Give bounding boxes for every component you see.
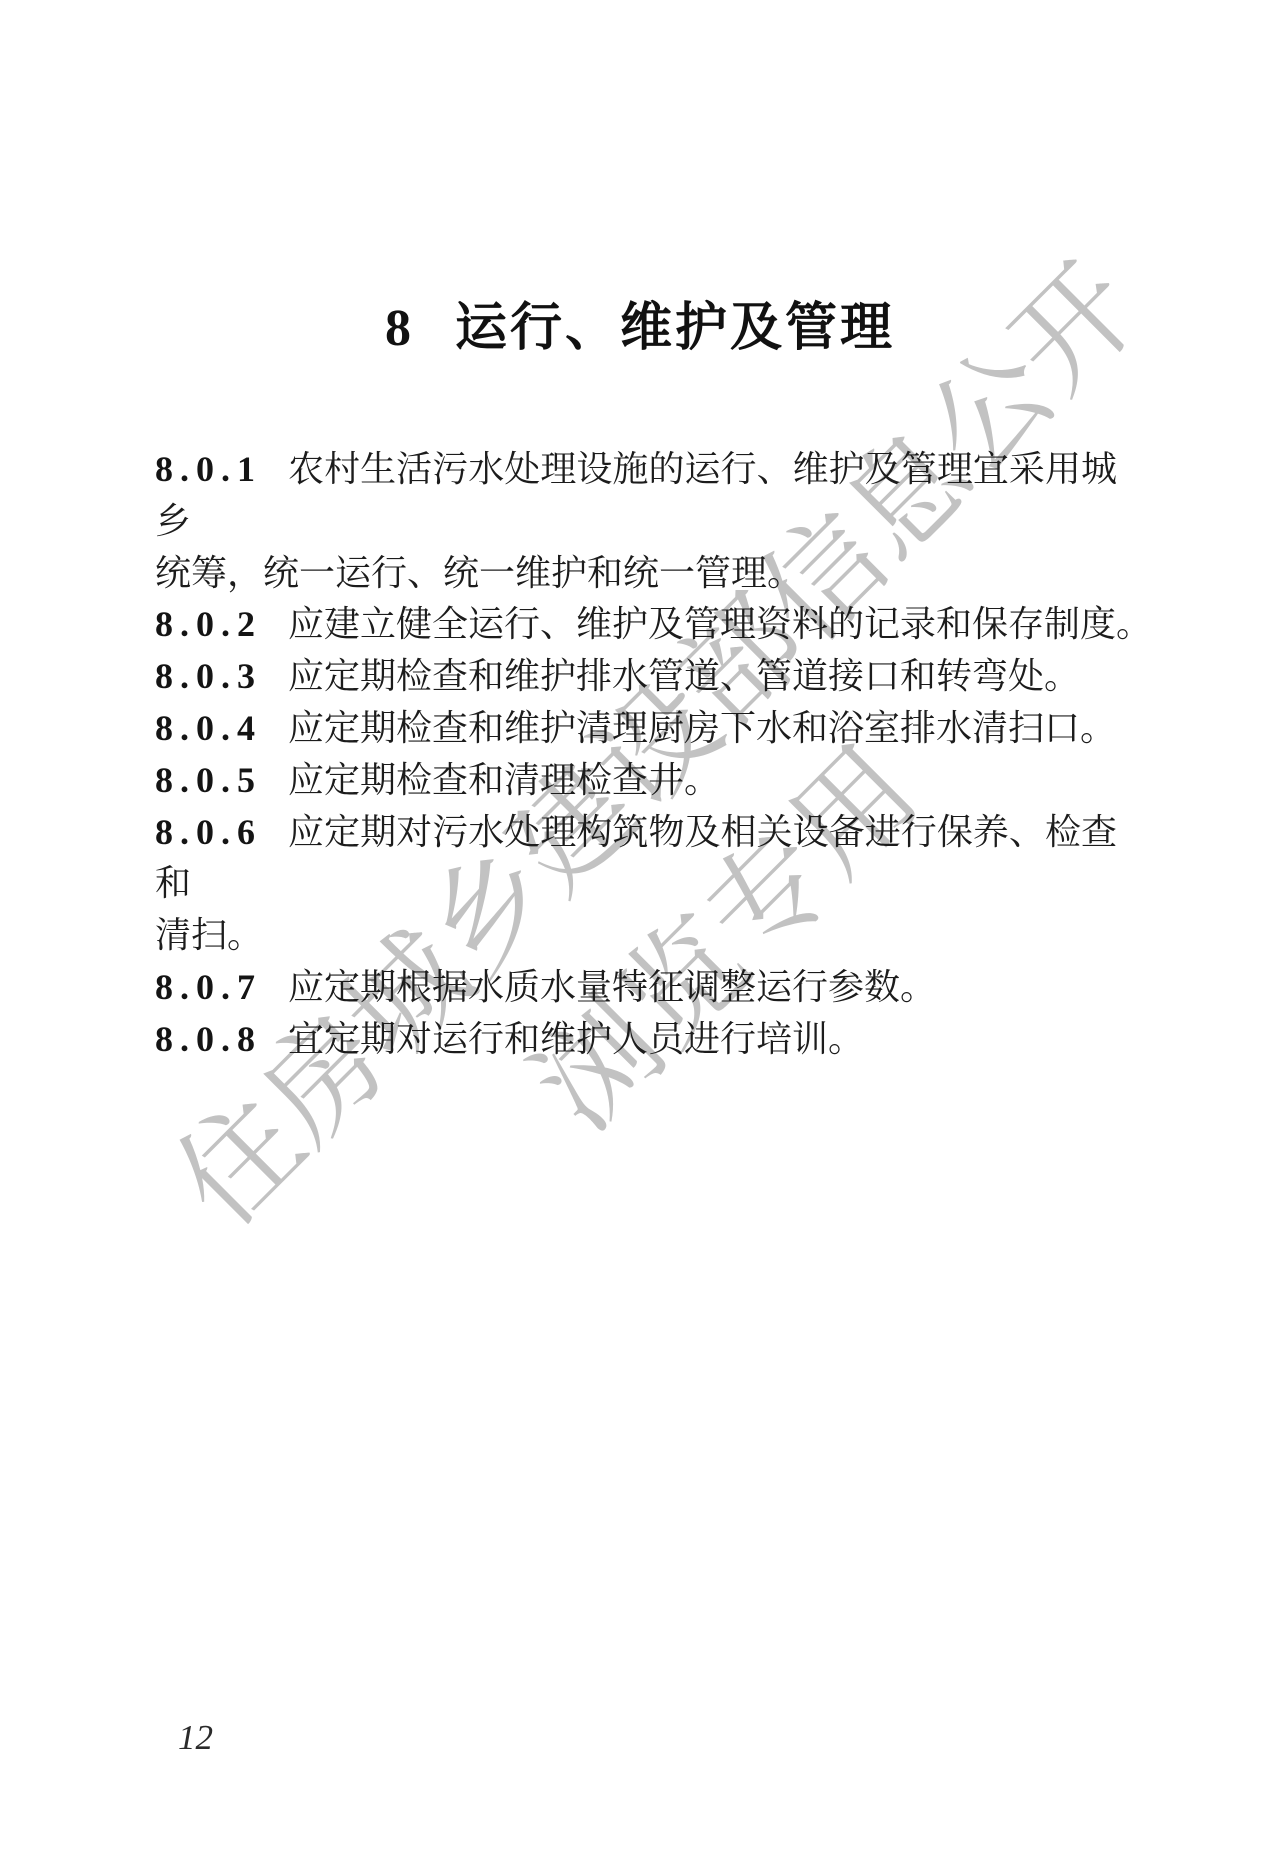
- clause-number: 8.0.6: [155, 812, 262, 852]
- clause-number: 8.0.1: [155, 449, 262, 489]
- clause-text: 应建立健全运行、维护及管理资料的记录和保存制度。: [288, 604, 1152, 644]
- clause-8-0-5: 8.0.5应定期检查和清理检查井。: [155, 755, 1117, 807]
- clause-number: 8.0.5: [155, 760, 262, 800]
- clause-8-0-8: 8.0.8宜定期对运行和维护人员进行培训。: [155, 1014, 1117, 1066]
- clause-number: 8.0.3: [155, 656, 262, 696]
- clause-8-0-1-line-1: 8.0.1农村生活污水处理设施的运行、维护及管理宜采用城乡: [155, 444, 1117, 548]
- clause-text: 应定期检查和维护清理厨房下水和浴室排水清扫口。: [288, 708, 1116, 748]
- clause-8-0-3: 8.0.3应定期检查和维护排水管道、管道接口和转弯处。: [155, 651, 1117, 703]
- clause-8-0-1-line-2: 统筹，统一运行、统一维护和统一管理。: [155, 548, 1117, 600]
- clause-text: 应定期对污水处理构筑物及相关设备进行保养、检查和: [155, 812, 1117, 904]
- clause-text: 农村生活污水处理设施的运行、维护及管理宜采用城乡: [155, 449, 1117, 541]
- clause-list: 8.0.1农村生活污水处理设施的运行、维护及管理宜采用城乡 统筹，统一运行、统一…: [155, 444, 1117, 1066]
- page-number: 12: [178, 1718, 213, 1758]
- chapter-title: 8运行、维护及管理: [0, 296, 1280, 361]
- clause-number: 8.0.8: [155, 1019, 262, 1059]
- clause-text: 宜定期对运行和维护人员进行培训。: [288, 1019, 864, 1059]
- clause-text: 应定期检查和维护排水管道、管道接口和转弯处。: [288, 656, 1080, 696]
- clause-8-0-4: 8.0.4应定期检查和维护清理厨房下水和浴室排水清扫口。: [155, 703, 1117, 755]
- clause-text: 应定期检查和清理检查井。: [288, 760, 720, 800]
- chapter-title-text: 运行、维护及管理: [455, 300, 895, 357]
- clause-text: 应定期根据水质水量特征调整运行参数。: [288, 967, 936, 1007]
- clause-8-0-6-line-1: 8.0.6应定期对污水处理构筑物及相关设备进行保养、检查和: [155, 807, 1117, 911]
- clause-number: 8.0.7: [155, 967, 262, 1007]
- chapter-number: 8: [385, 300, 413, 357]
- document-page: 住房城乡建设部信息公开 浏览专用 8运行、维护及管理 8.0.1农村生活污水处理…: [0, 0, 1280, 1854]
- clause-number: 8.0.2: [155, 604, 262, 644]
- clause-8-0-7: 8.0.7应定期根据水质水量特征调整运行参数。: [155, 962, 1117, 1014]
- clause-8-0-6-line-2: 清扫。: [155, 910, 1117, 962]
- clause-number: 8.0.4: [155, 708, 262, 748]
- clause-8-0-2: 8.0.2应建立健全运行、维护及管理资料的记录和保存制度。: [155, 599, 1117, 651]
